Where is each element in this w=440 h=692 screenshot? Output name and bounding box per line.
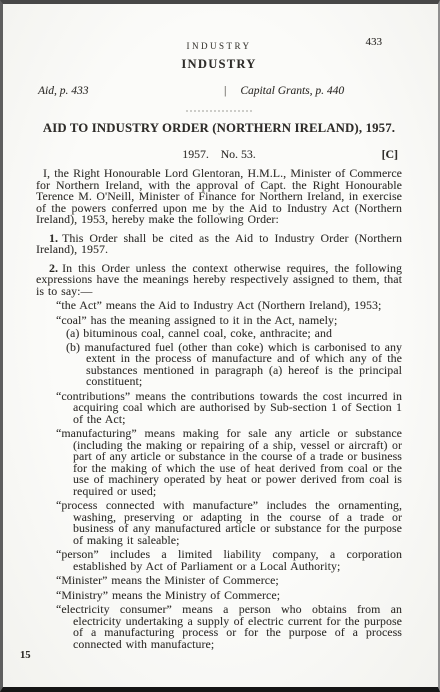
margin-references-row: Aid, p. 433 |Capital Grants, p. 440 (36, 85, 402, 100)
order-number-line: 1957. No. 53. (182, 147, 255, 161)
definition-item: “Ministry” means the Ministry of Commerc… (36, 590, 402, 602)
scanned-document-page: INDUSTRY 433 INDUSTRY Aid, p. 433 |Capit… (0, 0, 440, 692)
definition-item: “electricity consumer” means a person wh… (36, 604, 402, 650)
order-number-row: 1957. No. 53. [C] (36, 147, 402, 161)
definition-item: “process connected with manufacture” inc… (36, 500, 402, 546)
definition-item: “person” includes a limited liability co… (36, 549, 402, 572)
definition-item: (b) manufactured fuel (other than coke) … (36, 342, 402, 388)
article-text: This Order shall be cited as the Aid to … (36, 231, 402, 257)
definition-item: “contributions” means the contributions … (36, 391, 402, 426)
definition-item: (a) bituminous coal, cannel coal, coke, … (36, 328, 402, 340)
definition-item: “coal” has the meaning assigned to it in… (36, 315, 402, 327)
articles-list: 1.This Order shall be cited as the Aid t… (36, 233, 402, 298)
margin-ref-capital-grants-label: Capital Grants, p. 440 (240, 85, 344, 97)
section-heading: INDUSTRY (36, 57, 402, 72)
reference-separator: | (224, 85, 226, 97)
page-number: 433 (366, 36, 383, 48)
article-paragraph: 2.In this Order unless the context other… (36, 263, 402, 298)
article-text: In this Order unless the context otherwi… (36, 261, 402, 298)
definitions-list: “the Act” means the Aid to Industry Act … (36, 300, 402, 650)
classification-mark: [C] (382, 147, 398, 162)
running-head: INDUSTRY (186, 41, 251, 51)
article-paragraph: 1.This Order shall be cited as the Aid t… (36, 233, 402, 256)
page-content: INDUSTRY 433 INDUSTRY Aid, p. 433 |Capit… (36, 4, 402, 650)
scan-smudge-mark (186, 110, 252, 112)
definition-item: “the Act” means the Aid to Industry Act … (36, 300, 402, 312)
body-text: I, the Right Honourable Lord Glentoran, … (36, 168, 402, 650)
order-title: AID TO INDUSTRY ORDER (NORTHERN IRELAND)… (36, 121, 402, 136)
margin-ref-capital-grants: |Capital Grants, p. 440 (224, 85, 344, 97)
definition-item: “manufacturing” means making for sale an… (36, 428, 402, 497)
preamble-paragraph: I, the Right Honourable Lord Glentoran, … (36, 168, 402, 226)
definition-item: “Minister” means the Minister of Commerc… (36, 575, 402, 587)
signature-mark: 15 (20, 650, 31, 661)
running-head-row: INDUSTRY 433 (36, 36, 402, 48)
margin-ref-aid: Aid, p. 433 (38, 85, 88, 97)
